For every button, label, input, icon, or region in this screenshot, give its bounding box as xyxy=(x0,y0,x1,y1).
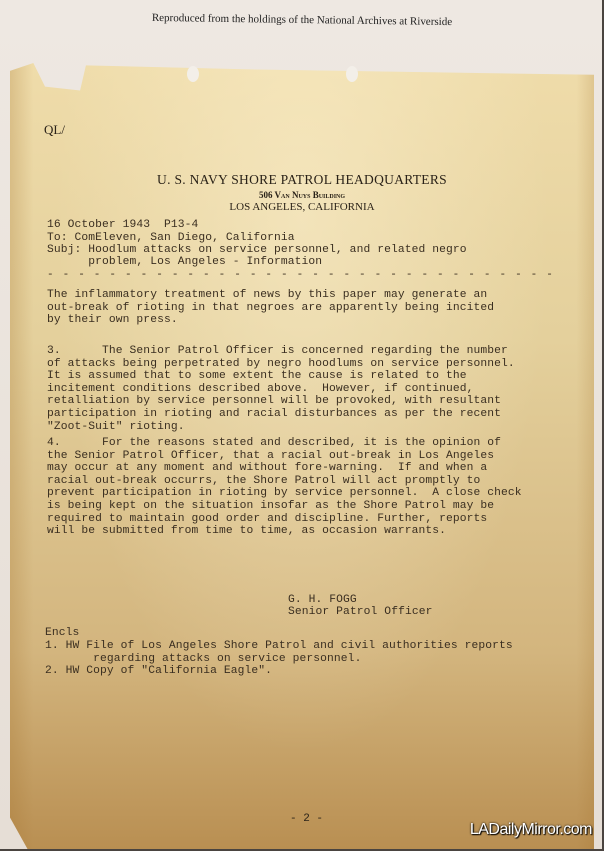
paragraph-3: 3. The Senior Patrol Officer is concerne… xyxy=(47,345,515,433)
subject-line-2: problem, Los Angeles - Information xyxy=(47,256,322,269)
enclosures-list: 1. HW File of Los Angeles Shore Patrol a… xyxy=(45,640,513,678)
letterhead-city: LOS ANGELES, CALIFORNIA xyxy=(0,201,604,213)
separator-line: - - - - - - - - - - - - - - - - - - - - … xyxy=(47,269,554,281)
letterhead-title: U. S. NAVY SHORE PATROL HEADQUARTERS xyxy=(0,172,604,188)
to-line: To: ComEleven, San Diego, California xyxy=(47,232,295,245)
date-line: 16 October 1943 P13-4 xyxy=(47,219,198,232)
signature-name: G. H. FOGG xyxy=(288,594,357,607)
memo-content: QL/ U. S. NAVY SHORE PATROL HEADQUARTERS… xyxy=(0,0,604,851)
paragraph-4: 4. For the reasons stated and described,… xyxy=(47,437,522,538)
photo-frame: Reproduced from the holdings of the Nati… xyxy=(0,0,604,851)
subject-line-1: Subj: Hoodlum attacks on service personn… xyxy=(47,244,467,257)
enclosures-label: Encls xyxy=(45,627,79,640)
page-number: - 2 - xyxy=(290,813,323,825)
letterhead-address: 506 Van Nuys Building xyxy=(0,190,604,200)
file-mark: QL/ xyxy=(44,122,65,138)
paragraph-intro: The inflammatory treatment of news by th… xyxy=(47,289,494,327)
signature-title: Senior Patrol Officer xyxy=(288,606,432,619)
watermark: LADailyMirror.com xyxy=(470,821,592,839)
